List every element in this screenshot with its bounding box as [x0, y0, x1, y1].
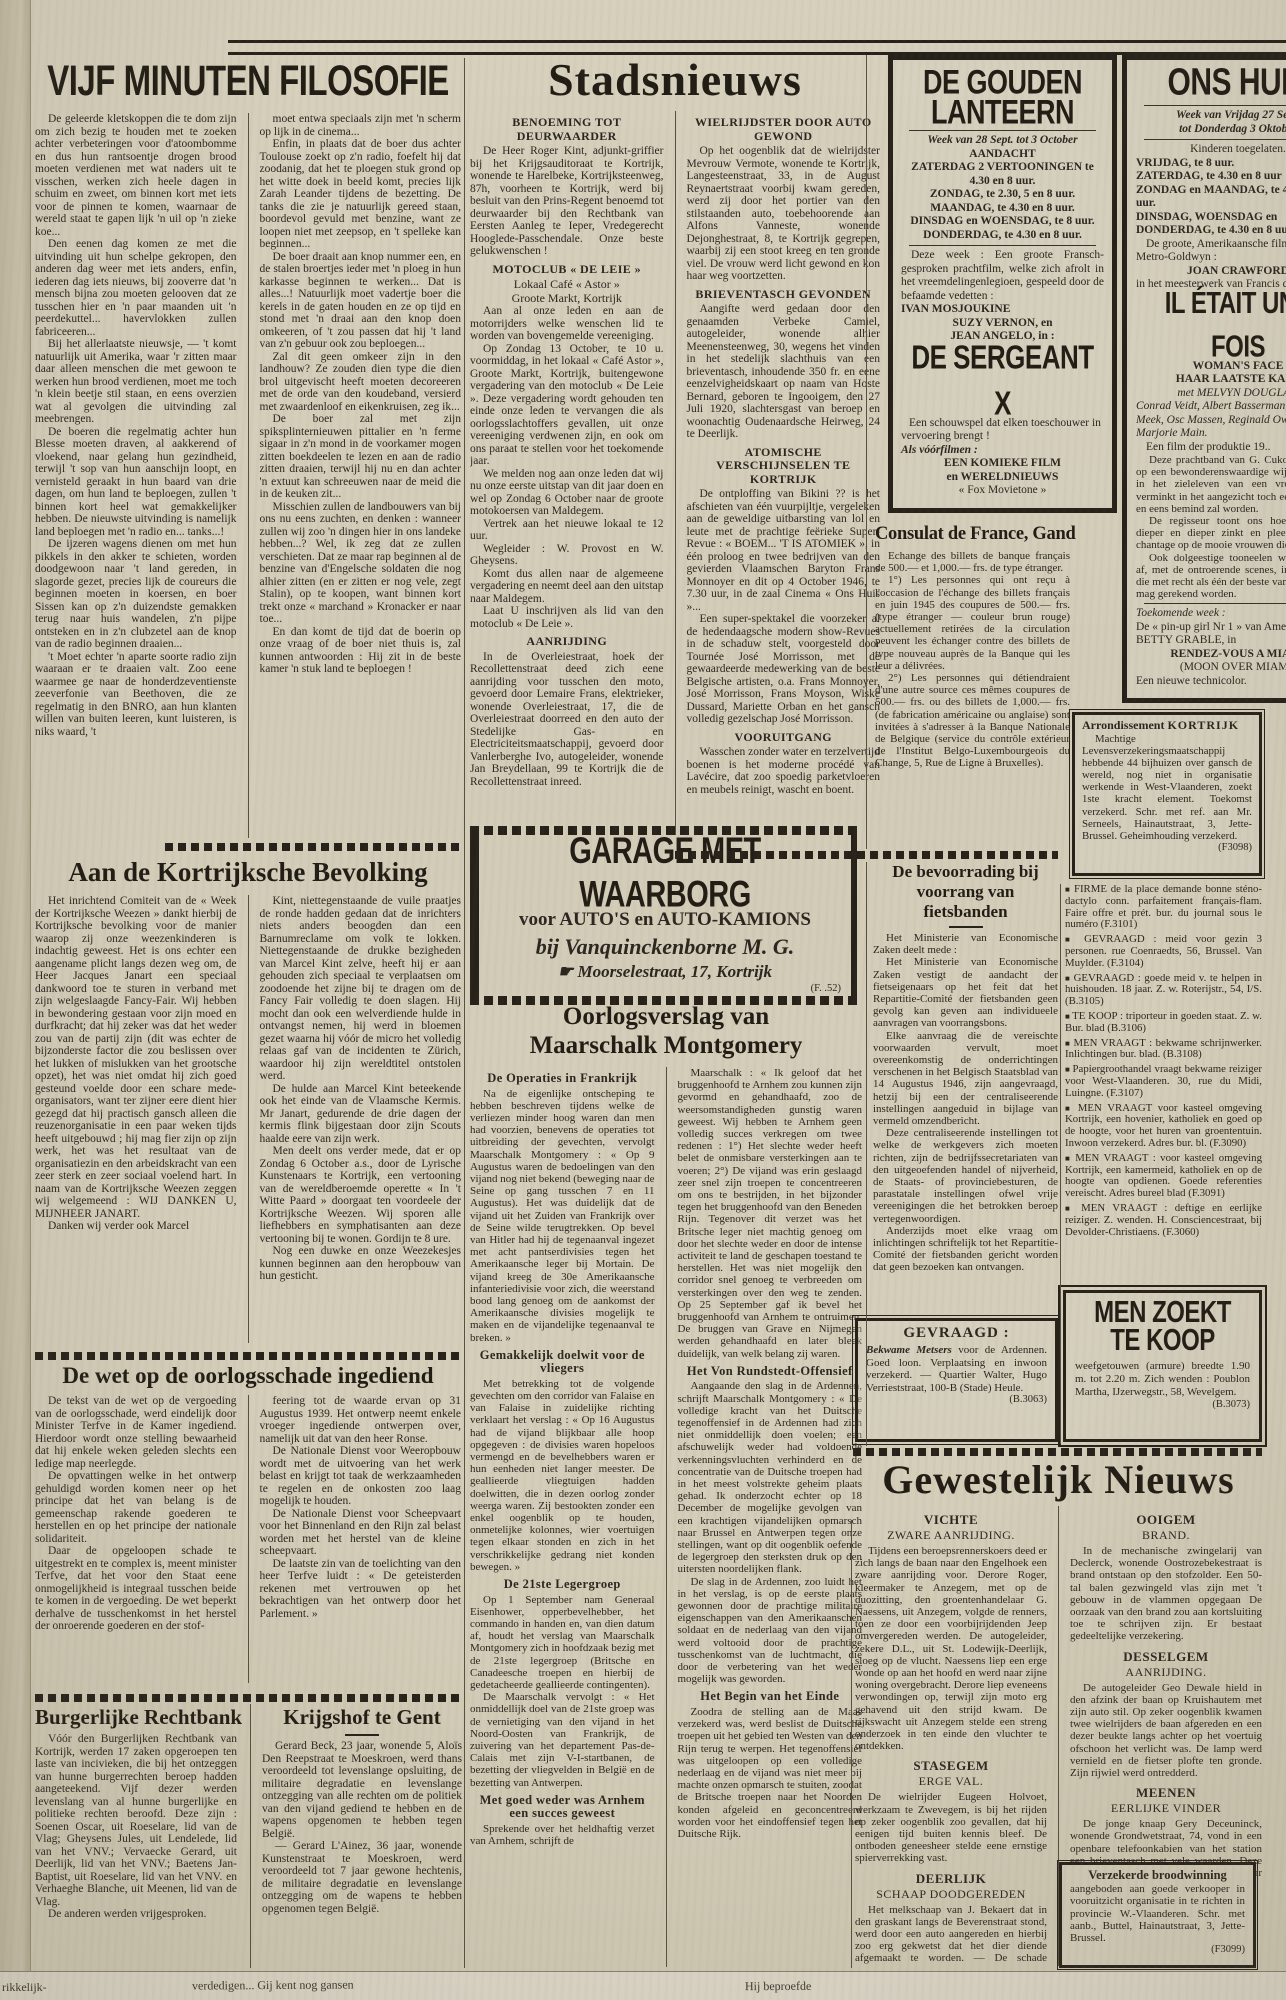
paragraph: Misschien zullen de landbouwers van bij … — [260, 501, 462, 626]
article-oorlogsverslag-montgomery: Oorlogsverslag van Maarschalk Montgomery… — [470, 1002, 862, 1967]
ad-address: ☛ Moorselestraat, 17, Kortrijk — [489, 961, 841, 983]
paragraph: De Nationale Dienst voor Weeropbouw word… — [260, 1445, 462, 1508]
cinema-week: Week van 28 Sept. tot 3 October — [901, 134, 1104, 148]
cinema-pre-film: « Fox Movietone » — [901, 484, 1104, 498]
news-item: MOTOCLUB « DE LEIE » Lokaal Café « Astor… — [470, 263, 664, 343]
column-1: De geleerde kletskoppen die te dom zijn … — [35, 113, 248, 838]
ad-verzekerde-broodwinning: Verzekerde broodwinning aangeboden aan g… — [1059, 1862, 1256, 1968]
paragraph: Elke aanvraag die de vereischte voorwaar… — [873, 1030, 1058, 1128]
town-name: MEENEN — [1070, 1785, 1262, 1801]
cinema-week: tot Donderdag 3 Oktober — [1136, 123, 1286, 137]
article-columns: De geleerde kletskoppen die te dom zijn … — [35, 113, 461, 838]
newspaper-page: { "vijf": { "title": "VIJF MINUTEN FILOS… — [0, 0, 1286, 2000]
paragraph: De hulde aan Marcel Kint beteekende ook … — [260, 1083, 462, 1146]
ad-men-zoekt-te-koop: MEN ZOEKT TE KOOP weefgetouwen (armure) … — [1063, 1290, 1262, 1442]
article-vijf-minuten-filosofie: VIJF MINUTEN FILOSOFIE De geleerde klets… — [35, 58, 461, 838]
news-item: BRIEVENTASCH GEVONDEN Aangifte werd geda… — [687, 288, 881, 441]
column-1: BENOEMING TOT DEURWAARDER De Heer Roger … — [470, 111, 675, 838]
paragraph: Enfin, in plaats dat de boer dus achter … — [260, 138, 462, 251]
cinema-pre-film: en WERELDNIEUWS — [901, 471, 1104, 485]
article-gewestelijk-nieuws: Gewestelijk Nieuws VICHTE ZWARE AANRIJDI… — [855, 1456, 1262, 1972]
cinema-note: Kinderen toegelaten. — [1136, 143, 1286, 157]
schedule-line: ZATERDAG 2 VERTOONINGEN te 4.30 en 8 uur… — [901, 161, 1104, 188]
ad-dealer-name: bij Vanquinckenborne M. G. — [489, 933, 841, 961]
paragraph: Wasschen zonder water en terzelvertijd b… — [687, 746, 881, 796]
dotted-divider — [35, 1352, 461, 1360]
article-bevoorrading-fietsbanden: De bevoorrading bij voorrang van fietsba… — [873, 862, 1058, 1320]
item-heading: BENOEMING TOT DEURWAARDER — [470, 116, 664, 143]
column-2: feering tot de waarde ervan op 31 August… — [248, 1395, 462, 1683]
news-item: AANRIJDING In de Overleiestraat, hoek de… — [470, 635, 664, 788]
page-left-margin — [0, 0, 31, 2000]
ad-ref: (F. .52) — [489, 983, 841, 994]
item-heading: AANRIJDING. — [1070, 1665, 1262, 1680]
cinema-schedule: AANDACHTZATERDAG 2 VERTOONINGEN te 4.30 … — [901, 148, 1104, 243]
article-title: Oorlogsverslag van Maarschalk Montgomery — [470, 1002, 862, 1060]
schedule-line: ZATERDAG, te 4.30 en 8 uur — [1136, 170, 1286, 184]
paragraph: Zal dit geen omkeer zijn in den landhouw… — [260, 351, 462, 414]
paragraph: Een super-spektakel die voorzeker al de … — [687, 613, 881, 726]
divider — [1144, 603, 1286, 604]
paragraph: De wielrijder Eugeen Holvoet, werkzaam t… — [855, 1791, 1047, 1864]
classified-ad: FIRME de la place demande bonne sténo-da… — [1065, 884, 1262, 931]
regional-item: VICHTE ZWARE AANRIJDING. Tijdens een ber… — [855, 1512, 1047, 1752]
town-name: STASEGEM — [855, 1758, 1047, 1774]
divider — [909, 245, 1096, 246]
next-week-line: De « pin-up girl Nr 1 » van Amerika : BE… — [1136, 621, 1286, 648]
paragraph: De regisseur toont ons hoe de vrouw diep… — [1136, 515, 1286, 552]
schedule-line: VRIJDAG, te 8 uur. — [1136, 157, 1286, 171]
paragraph: Daar de opgeloopen schade te uitgestrekt… — [35, 1545, 237, 1633]
paragraph: feering tot de waarde ervan op 31 August… — [260, 1395, 462, 1445]
regional-item: OOIGEM BRAND. In de mechanische zwingela… — [1070, 1512, 1262, 1643]
news-item: Op Zondag 13 October, te 10 u. voormidda… — [470, 343, 664, 468]
column-1: Het inrichtend Comiteit van de « Week de… — [35, 895, 248, 1343]
paragraph: Bij het allerlaatste nieuwsje, — 't komt… — [35, 338, 237, 426]
column-rule — [1060, 884, 1061, 1444]
paragraph: 't Moet echter 'n aparte soorte radio zi… — [35, 651, 237, 739]
paragraph: Nog een duwke en onze Weezekesjes kunnen… — [260, 1245, 462, 1283]
ad-title: GARAGE MET WAARBORG — [489, 839, 841, 907]
article-aan-de-kortrijksche-bevolking: Aan de Kortrijksche Bevolking Het inrich… — [35, 855, 461, 1343]
news-item: Laat U inschrijven als lid van den motoc… — [470, 605, 664, 630]
next-week-film: RENDEZ-VOUS A MIAMI — [1136, 648, 1286, 662]
sub-heading: De Operaties in Frankrijk — [470, 1072, 655, 1086]
news-item: WIELRIJDSTER DOOR AUTO GEWOND Op het oog… — [687, 116, 881, 283]
section-title: Stadsnieuws — [470, 53, 880, 107]
classified-ad: MEN VRAAGT : bekwame schrijnwerker. Inli… — [1065, 1038, 1262, 1062]
news-item: Komt dus allen naar de algemeene vergade… — [470, 568, 664, 606]
column-1: De Operaties in Frankrijk Na de eigenlij… — [470, 1067, 666, 1967]
divider — [1144, 139, 1286, 140]
paragraph: Deze centraliseerende instellingen tot w… — [873, 1127, 1058, 1225]
cinema-ad-ons-huis: ONS HUIS Week van Vrijdag 27 Sept. tot D… — [1122, 55, 1286, 703]
paragraph: De opvattingen welke in het ontwerp gehu… — [35, 1470, 237, 1545]
article-title: De bevoorrading bij voorrang van fietsba… — [873, 862, 1058, 922]
paragraph: En dan komt de tijd dat de boerin op onz… — [260, 626, 462, 676]
next-week-label: Toekomende week : — [1136, 607, 1286, 621]
report-block: De slag in de Ardennen, zoo luidt het in… — [678, 1576, 863, 1686]
paragraph: De Heer Roger Kint, adjunkt-griffier bij… — [470, 145, 664, 258]
small-rule — [949, 926, 983, 928]
paragraph: Echange des billets de banque français d… — [875, 550, 1070, 574]
classified-ad: Papiergroothandel vraagt bekwame reizige… — [1065, 1064, 1262, 1099]
film-cast: Conrad Veidt, Albert Basserman, Donald M… — [1136, 400, 1286, 441]
news-item: ATOMISCHE VERSCHIJNSELEN TE KORTRIJK De … — [687, 446, 881, 614]
regional-item: STASEGEM ERGE VAL. De wielrijder Eugeen … — [855, 1758, 1047, 1864]
news-item: We melden nog aan onze leden dat wij nu … — [470, 468, 664, 518]
cinema-week: Week van Vrijdag 27 Sept. — [1136, 109, 1286, 123]
paragraph: De autogeleider Geo Dewale hield in den … — [1070, 1682, 1262, 1780]
item-heading: MOTOCLUB « DE LEIE » — [470, 263, 664, 277]
paragraph: We melden nog aan onze leden dat wij nu … — [470, 468, 664, 518]
torn-paper-strip: rikkelijk- verdedigen... Gij kent nog ga… — [0, 1971, 1286, 2000]
paragraph: Maarschalk : « Ik geloof dat het bruggen… — [678, 1067, 863, 1360]
classified-ad: GEVRAAGD : meid voor gezin 3 personen. r… — [1065, 934, 1262, 969]
column-rule — [464, 58, 465, 1968]
ad-ref: (F3099) — [1070, 1944, 1245, 1955]
column-rule — [866, 55, 867, 849]
dotted-divider — [35, 1694, 461, 1702]
article-consulat-de-france: Consulat de France, Gand Echange des bil… — [875, 522, 1070, 850]
news-item: VOORUITGANG Wasschen zonder water en ter… — [687, 731, 881, 797]
column-2: WIELRIJDSTER DOOR AUTO GEWOND Op het oog… — [675, 111, 881, 838]
report-block: Zoodra de stelling aan de Maas verzekerd… — [678, 1706, 863, 1840]
news-item: Een super-spektakel die voorzeker al de … — [687, 613, 881, 726]
classified-ad: MEN VRAAGT : deftige en eerlijke reizige… — [1065, 1203, 1262, 1238]
article-wet-oorlogsschade: De wet op de oorlogsschade ingediend De … — [35, 1362, 461, 1683]
section-title: Gewestelijk Nieuws — [855, 1456, 1262, 1504]
ad-title: MEN ZOEKT TE KOOP — [1075, 1299, 1250, 1355]
ad-title: GEVRAAGD : — [866, 1325, 1047, 1342]
article-body: Gerard Beck, 23 jaar, wonende 5, Aloïs D… — [262, 1740, 462, 1968]
dotted-divider — [675, 851, 1058, 859]
paragraph: Op het oogenblik dat de wielrijdster Mev… — [687, 145, 881, 283]
sub-heading: Gemakkelijk doelwit voor de vliegers — [470, 1349, 655, 1376]
paragraph: Aangifte werd gedaan door den genaamden … — [687, 303, 881, 441]
paragraph: Gerard Beck, 23 jaar, wonende 5, Aloïs D… — [262, 1740, 462, 1840]
cinema-ad-gouden-lanteern: DE GOUDEN LANTEERN Week van 28 Sept. tot… — [888, 55, 1117, 513]
paragraph: De anderen werden vrijgesproken. — [35, 1908, 237, 1921]
ad-garage-inner: GARAGE MET WAARBORG voor AUTO'S en AUTO-… — [479, 835, 851, 996]
next-week-note: Een nieuwe technicolor. — [1136, 675, 1286, 689]
paragraph: De boer zal met zijn spiksplinternieuwen… — [260, 413, 462, 501]
film-review: Deze prachtband van G. Cukor, geeft ons … — [1136, 454, 1286, 600]
cinema-star: IVAN MOSJOUKINE — [901, 303, 1104, 317]
schedule-line: MAANDAG, te 4.30 en 8 uur. — [901, 202, 1104, 216]
article-title: Aan de Kortrijksche Bevolking — [35, 855, 461, 889]
paragraph: Op Zondag 13 October, te 10 u. voormidda… — [470, 343, 664, 468]
paragraph: Anderzijds moet elke vraag om inlichting… — [873, 1225, 1058, 1274]
paragraph: De ijzeren wagens dienen om met hun pikk… — [35, 538, 237, 651]
item-heading: VOORUITGANG — [687, 731, 881, 745]
ad-ref: (B.3063) — [866, 1394, 1047, 1405]
paragraph: De Maarschalk vervolgt : « Het onmiddell… — [470, 1691, 655, 1789]
classified-ad: MEN VRAAGT voor kasteel omgeving Kortrij… — [1065, 1103, 1262, 1150]
pointing-hand-icon: ☛ — [558, 962, 573, 981]
paragraph: Vertrek aan het nieuwe lokaal te 12 uur. — [470, 518, 664, 543]
town-name: VICHTE — [855, 1512, 1047, 1528]
ad-ref: (B.3073) — [1075, 1399, 1250, 1410]
news-item: BENOEMING TOT DEURWAARDER De Heer Roger … — [470, 116, 664, 258]
paragraph: 1°) Les personnes qui ont reçu à l'occas… — [875, 574, 1070, 672]
sub-heading: Met goed weder was Arnhem een succes gew… — [470, 1794, 655, 1821]
report-block: Met goed weder was Arnhem een succes gew… — [470, 1794, 655, 1821]
ad-body: Bekwame Metsers voor de Ardennen. Goed l… — [866, 1344, 1047, 1394]
classified-ad: GEVRAAGD : goede meid v. te helpen in hu… — [1065, 973, 1262, 1008]
paragraph: Wegleider : W. Provost en W. Gheysens. — [470, 543, 664, 568]
article-stadsnieuws: Stadsnieuws BENOEMING TOT DEURWAARDER De… — [470, 53, 880, 838]
paragraph: moet entwa speciaals zijn met 'n scherm … — [260, 113, 462, 138]
cinema-intro: Deze week : Een groote Fransch-gesproken… — [901, 249, 1104, 303]
item-subline: Lokaal Café « Astor » — [470, 278, 664, 292]
paragraph: Ook dolgeestige tooneelen wisselen zich … — [1136, 552, 1286, 601]
sub-heading: Het Begin van het Einde — [678, 1690, 863, 1704]
town-name: DESSELGEM — [1070, 1649, 1262, 1665]
film-cast: met MELVYN DOUGLAS, — [1136, 387, 1286, 401]
paragraph: De ontploffing van Bikini ?? is het afsc… — [687, 488, 881, 613]
column-1: De tekst van de wet op de vergoeding van… — [35, 1395, 248, 1683]
article-title: Krijgshof te Gent — [262, 1704, 462, 1730]
paragraph: De laatste zin van de toelichting van de… — [260, 1558, 462, 1621]
article-body: Vóór den Burgerlijken Rechtbank van Kort… — [35, 1733, 237, 1969]
paragraph: In de Overleiestraat, hoek der Recollett… — [470, 651, 664, 789]
cinema-title: ONS HUIS — [1136, 64, 1286, 102]
paragraph: Vóór den Burgerlijken Rechtbank van Kort… — [35, 1733, 237, 1908]
cinema-intro: De groote, Amerikaansche filmster der Me… — [1136, 238, 1286, 265]
paragraph: Kint, niettegenstaande de vuile praatjes… — [260, 895, 462, 1083]
column-rule — [866, 862, 867, 1446]
item-heading: SCHAAP DOODGEREDEN — [855, 1887, 1047, 1902]
paragraph: Na de eigenlijke ontscheping te hebben b… — [470, 1088, 655, 1344]
classified-ads: FIRME de la place demande bonne sténo-da… — [1065, 884, 1262, 1286]
paragraph: Het melkschaap van J. Bekaert dat in den… — [855, 1904, 1047, 1966]
report-block: Het Von Rundstedt-Offensief — [678, 1365, 863, 1379]
item-heading: BRIEVENTASCH GEVONDEN — [687, 288, 881, 302]
schedule-line: DINSDAG en WOENSDAG, te 8 uur. — [901, 215, 1104, 229]
item-heading: AANRIJDING — [470, 635, 664, 649]
news-item: Wegleider : W. Provost en W. Gheysens. — [470, 543, 664, 568]
news-item: Vertrek aan het nieuwe lokaal te 12 uur. — [470, 518, 664, 543]
paragraph: Aangaande den slag in de Ardennen, schri… — [678, 1380, 863, 1575]
cinema-pre-label: Als vóórfilmen : — [901, 444, 1104, 458]
paragraph: In de mechanische zwingelarij van Decler… — [1070, 1545, 1262, 1643]
ad-body: aangeboden aan goede verkooper in voorui… — [1070, 1883, 1245, 1944]
article-krijgshof-te-gent: Krijgshof te Gent Gerard Beck, 23 jaar, … — [250, 1704, 462, 1968]
paragraph: Zoodra de stelling aan de Maas verzekerd… — [678, 1706, 863, 1840]
item-heading: ZWARE AANRIJDING. — [855, 1528, 1047, 1543]
article-body: Het Ministerie van Economische Zaken dee… — [873, 932, 1058, 1320]
item-heading: WIELRIJDSTER DOOR AUTO GEWOND — [687, 116, 881, 143]
article-title: De wet op de oorlogsschade ingediend — [35, 1362, 461, 1390]
film-production: Een film der produktie 19.. — [1136, 441, 1286, 455]
article-title: Burgerlijke Rechtbank — [35, 1704, 237, 1730]
paragraph: Deze prachtband van G. Cukor, geeft ons … — [1136, 454, 1286, 515]
schedule-line: ZONDAG, te 2.30, 5 en 8 uur. — [901, 188, 1104, 202]
paragraph: Het inrichtend Comiteit van de « Week de… — [35, 895, 237, 1220]
report-block: Sprekende over het heldhaftig verzet van… — [470, 1823, 655, 1847]
dotted-divider — [853, 1448, 1262, 1456]
report-block: Met betrekking tot de volgende gevechten… — [470, 1378, 655, 1573]
film-title: IL ÉTAIT UNE FOIS — [1136, 292, 1286, 360]
sub-heading: De 21ste Legergroep — [470, 1578, 655, 1592]
paragraph: De Nationale Dienst voor Scheepvaart voo… — [260, 1508, 462, 1558]
article-title: VIJF MINUTEN FILOSOFIE — [35, 58, 461, 105]
paragraph: Het Ministerie van Economische Zaken dee… — [873, 932, 1058, 956]
report-block: Op 1 September nam Generaal Eisenhower, … — [470, 1594, 655, 1692]
item-heading: BRAND. — [1070, 1528, 1262, 1543]
text-fragment: verdedigen... Gij kent nog gansen — [192, 1977, 354, 1993]
article-title: Consulat de France, Gand — [875, 522, 1070, 546]
cinema-schedule: VRIJDAG, te 8 uur.ZATERDAG, te 4.30 en 8… — [1136, 157, 1286, 238]
text-fragment: Hij beproefde — [745, 1979, 811, 1994]
paragraph: Men deelt ons verder mede, dat er op Zon… — [260, 1145, 462, 1245]
report-block: De 21ste Legergroep — [470, 1578, 655, 1592]
next-week-film: (MOON OVER MIAMI) — [1136, 661, 1286, 675]
ad-body: weefgetouwen (armure) breedte 1.90 m. to… — [1075, 1360, 1250, 1399]
report-block: Het Begin van het Einde — [678, 1690, 863, 1704]
section-columns: BENOEMING TOT DEURWAARDER De Heer Roger … — [470, 111, 880, 838]
town-name: OOIGEM — [1070, 1512, 1262, 1528]
paragraph: Tijdens een beroepsrennerskoers deed er … — [855, 1545, 1047, 1752]
regional-item: DEERLIJK SCHAAP DOODGEREDEN Het melkscha… — [855, 1871, 1047, 1966]
paragraph: Op 1 September nam Generaal Eisenhower, … — [470, 1594, 655, 1692]
column-2: moet entwa speciaals zijn met 'n scherm … — [248, 113, 462, 838]
item-subline: Groote Markt, Kortrijk — [470, 292, 664, 306]
paragraph: Danken wij verder ook Marcel — [35, 1220, 237, 1233]
film-title: DE SERGEANT X — [901, 344, 1104, 417]
report-block: Gemakkelijk doelwit voor de vliegers — [470, 1349, 655, 1376]
ad-arrondissement-kortrijk: Arrondissement KORTRIJK Machtige Levensv… — [1072, 712, 1262, 876]
paragraph: Sprekende over het heldhaftig verzet van… — [470, 1823, 655, 1847]
ad-title: Arrondissement KORTRIJK — [1082, 718, 1252, 733]
ad-body: Machtige Levensverzekeringsmaatschappij … — [1082, 733, 1252, 842]
schedule-line: ZONDAG en MAANDAG, te 4, 6 en 8 uur. — [1136, 184, 1286, 211]
cinema-title: DE GOUDEN LANTEERN — [901, 67, 1104, 127]
film-alt-title: HAAR LAATSTE KANS — [1136, 373, 1286, 387]
paragraph: — Gerard L'Ainez, 36 jaar, wonende Kunst… — [262, 1840, 462, 1915]
classified-ad: TE KOOP : triporteur in goeden staat. Z.… — [1065, 1011, 1262, 1035]
ad-ref: (F3098) — [1082, 842, 1252, 853]
paragraph: Het Ministerie van Economische Zaken ves… — [873, 956, 1058, 1029]
item-heading: EERLIJKE VINDER — [1070, 1801, 1262, 1816]
ad-gevraagd-metsers: GEVRAAGD : Bekwame Metsers voor de Arden… — [855, 1318, 1058, 1442]
ad-title: Verzekerde broodwinning — [1070, 1868, 1245, 1883]
regional-item: DESSELGEM AANRIJDING. De autogeleider Ge… — [1070, 1649, 1262, 1780]
paragraph: De boeren die regelmatig achter hun Bles… — [35, 426, 237, 539]
article-body: Echange des billets de banque français d… — [875, 550, 1070, 850]
schedule-line: DONDERDAG, te 4.30 en 8 uur. — [901, 229, 1104, 243]
paragraph: Den eenen dag komen ze met die uitvindin… — [35, 238, 237, 338]
item-heading: ERGE VAL. — [855, 1774, 1047, 1789]
report-block: De Operaties in Frankrijk — [470, 1072, 655, 1086]
paragraph: 2°) Les personnes qui détiendraient d'un… — [875, 672, 1070, 770]
column-2: Kint, niettegenstaande de vuile praatjes… — [248, 895, 462, 1343]
cinema-star: JOAN CRAWFORD — [1136, 265, 1286, 279]
column-1: VICHTE ZWARE AANRIJDING. Tijdens een ber… — [855, 1506, 1058, 1966]
schedule-line: DINSDAG, WOENSDAG en DONDERDAG, te 4.30 … — [1136, 211, 1286, 238]
text-fragment: rikkelijk- — [2, 1980, 47, 1995]
paragraph: Aan al onze leden en aan de motorrijders… — [470, 305, 664, 343]
paragraph: Laat U inschrijven als lid van den motoc… — [470, 605, 664, 630]
paragraph: De slag in de Ardennen, zoo luidt het in… — [678, 1576, 863, 1686]
report-block: Na de eigenlijke ontscheping te hebben b… — [470, 1088, 655, 1344]
schedule-line: AANDACHT — [901, 148, 1104, 162]
article-columns: De Operaties in Frankrijk Na de eigenlij… — [470, 1067, 862, 1967]
classified-ad: MEN VRAAGT : voor kasteel omgeving Kortr… — [1065, 1153, 1262, 1200]
report-block: Maarschalk : « Ik geloof dat het bruggen… — [678, 1067, 863, 1360]
paragraph: De tekst van de wet op de vergoeding van… — [35, 1395, 237, 1470]
cinema-pre-film: EEN KOMIEKE FILM — [901, 457, 1104, 471]
paragraph: De boer draait aan knop nummer een, en d… — [260, 251, 462, 351]
paragraph: De geleerde kletskoppen die te dom zijn … — [35, 113, 237, 238]
small-rule — [345, 1734, 379, 1736]
town-name: DEERLIJK — [855, 1871, 1047, 1887]
sub-heading: Het Von Rundstedt-Offensief — [678, 1365, 863, 1379]
column-2: Maarschalk : « Ik geloof dat het bruggen… — [666, 1067, 863, 1967]
paragraph: Met betrekking tot de volgende gevechten… — [470, 1378, 655, 1573]
cinema-star: SUZY VERNON, en — [901, 317, 1104, 331]
report-block: De Maarschalk vervolgt : « Het onmiddell… — [470, 1691, 655, 1789]
report-block: Aangaande den slag in de Ardennen, schri… — [678, 1380, 863, 1575]
paragraph: Komt dus allen naar de algemeene vergade… — [470, 568, 664, 606]
article-burgerlijke-rechtbank: Burgerlijke Rechtbank Vóór den Burgerlij… — [35, 1704, 237, 1969]
dotted-divider — [165, 843, 461, 851]
article-columns: De tekst van de wet op de vergoeding van… — [35, 1395, 461, 1683]
column-rule — [851, 1520, 852, 1968]
item-heading: ATOMISCHE VERSCHIJNSELEN TE KORTRIJK — [687, 446, 881, 487]
article-columns: Het inrichtend Comiteit van de « Week de… — [35, 895, 461, 1343]
